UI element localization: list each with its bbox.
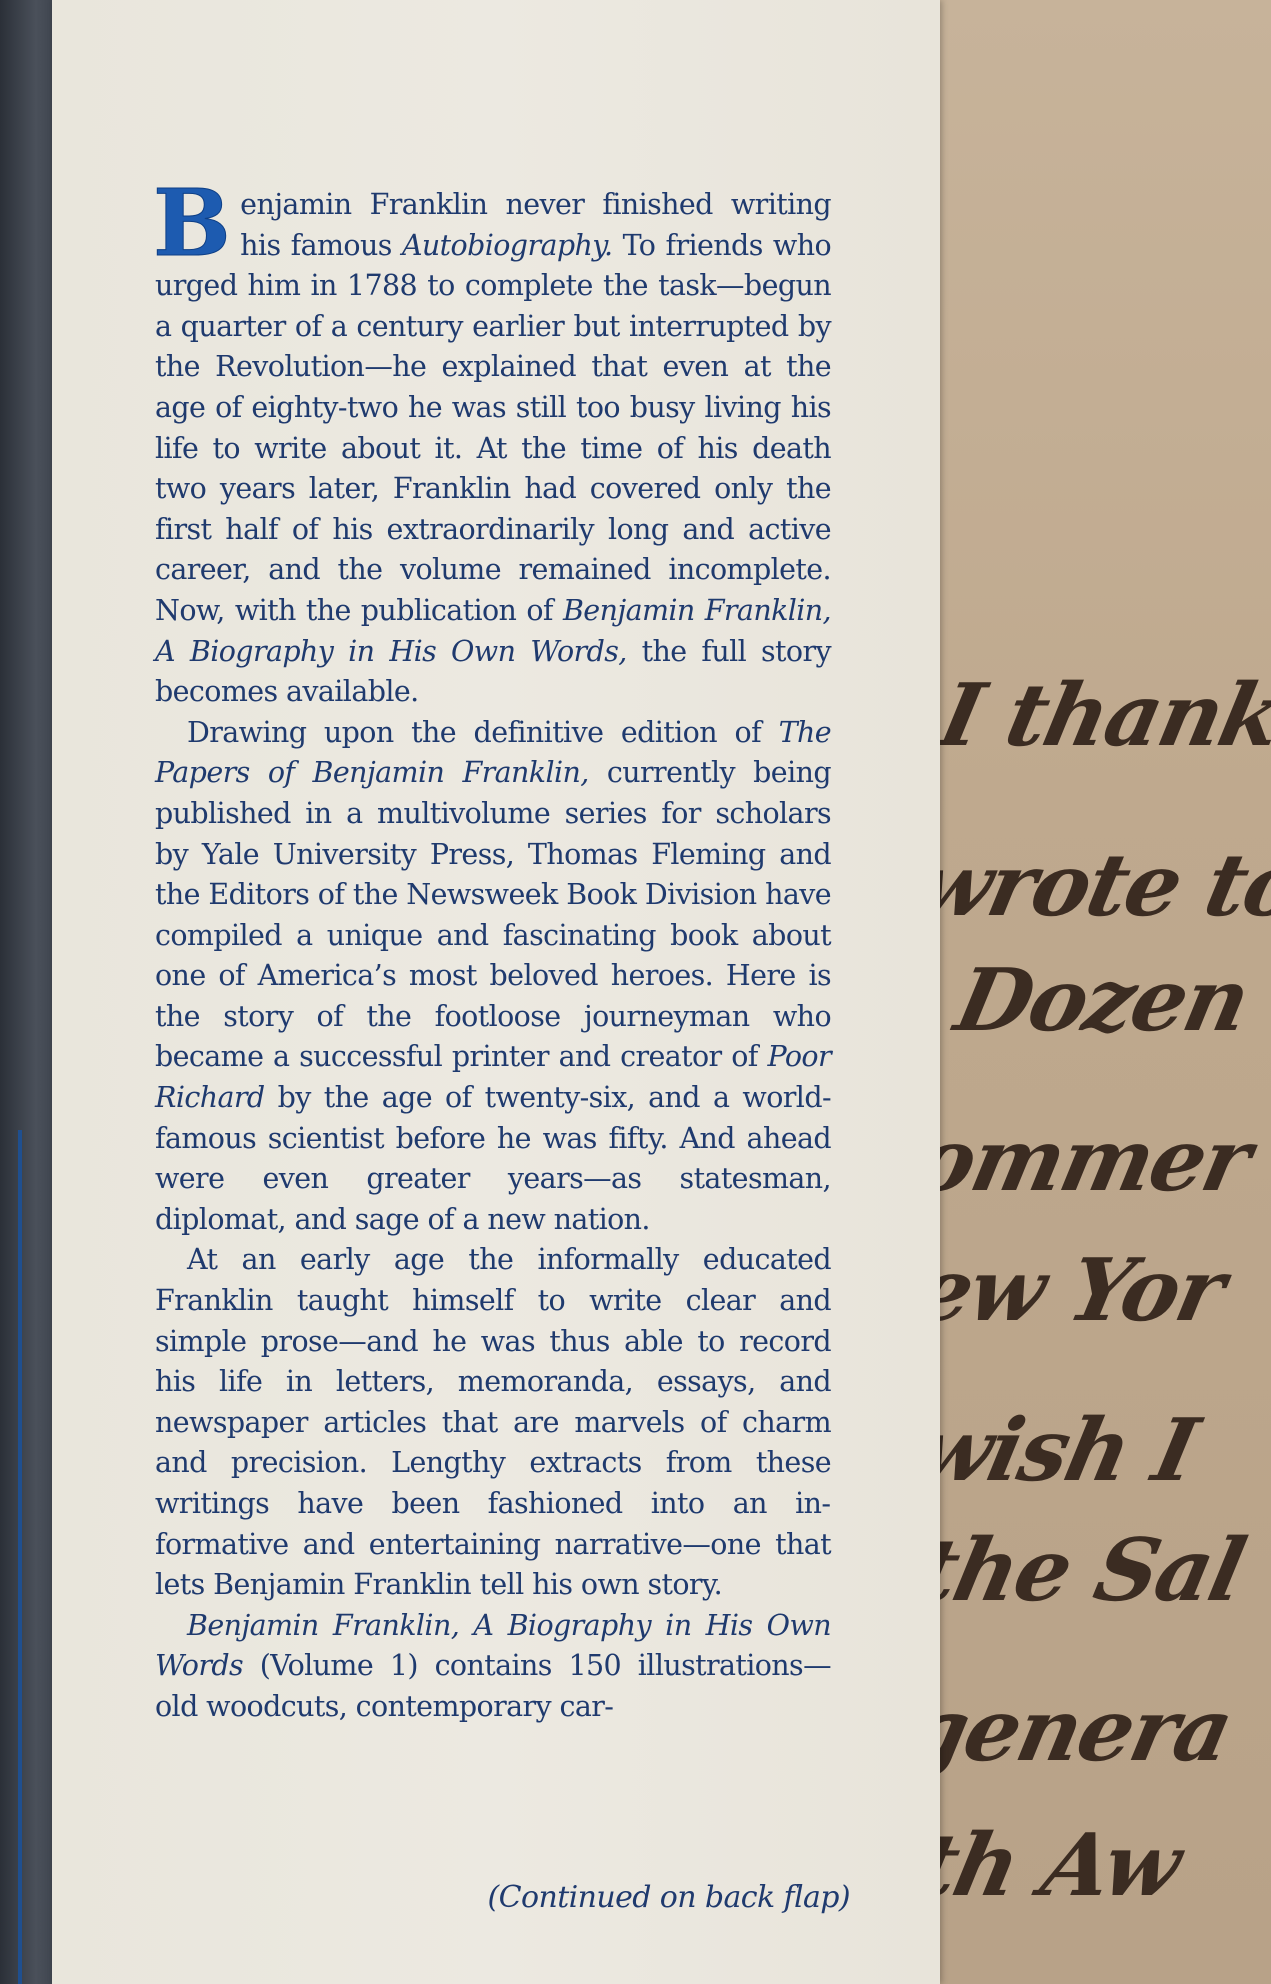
handwriting-line: wrote to [907,835,1271,936]
continued-note: (Continued on back flap) [420,1880,850,1915]
paragraph-1: Benjamin Franklin never finished writing… [155,185,831,713]
text-run: Drawing upon the definitive edition of [187,716,779,749]
paragraph-3: At an early age the informally educated … [155,1240,831,1605]
text-run: (Volume 1) contains 150 illus­trations—o… [155,1649,831,1723]
paragraph-4: Benjamin Franklin, A Biography in His Ow… [155,1606,831,1728]
flap-blue-edge [18,1130,22,1984]
flap-text: Benjamin Franklin never finished writing… [155,185,831,1728]
handwriting-line: I thank [931,665,1271,766]
handwriting-line: Dozen [947,950,1256,1051]
handwriting-line: th Aw [907,1815,1188,1916]
drop-cap: B [153,187,230,259]
paragraph-2: Drawing upon the definitive edition of T… [155,713,831,1241]
text-run: At an early age the informally educated … [155,1243,831,1601]
left-background [0,0,60,1984]
text-run: To friends who urged him in 1788 to comp… [155,229,831,627]
handwriting-line: genera [897,1680,1240,1781]
book-title-italic: Autobiography. [402,229,613,262]
handwriting-line: ommer [907,1110,1258,1211]
handwriting-line: ew Yor [907,1240,1232,1341]
handwriting-background: I thank wrote to Dozen ommer ew Yor wish… [938,0,1271,1984]
handwriting-line: wish I [907,1400,1204,1501]
handwriting-line: the Sal [907,1520,1252,1621]
text-run: currently being published in a multivolu… [155,756,831,1073]
